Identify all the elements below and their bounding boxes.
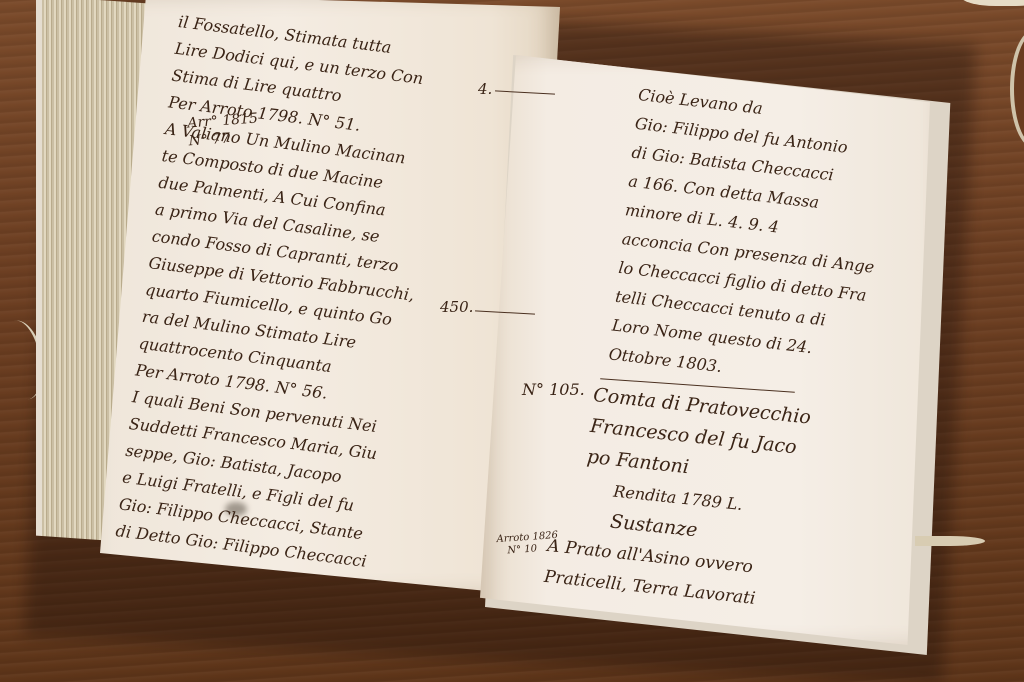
bookmark-strip: [915, 536, 985, 546]
right-page-top-text: Cioè Levano da Gio: Filippo del fu Anton…: [607, 80, 892, 397]
entry-number: N° 105.: [522, 380, 585, 399]
right-margin-note: Arroto 1826 N° 10: [496, 530, 559, 558]
table-object: [960, 0, 1024, 6]
table-object-ring: [1010, 30, 1024, 148]
photo-scene: Arr° 1815 N° 77 il Fossatello, Stimata t…: [0, 0, 1024, 682]
right-page-entry-text: Comta di Pratovecchio Francesco del fu J…: [572, 380, 812, 619]
amount-value: 4.: [478, 80, 492, 98]
amount-value: 450.: [440, 298, 473, 316]
